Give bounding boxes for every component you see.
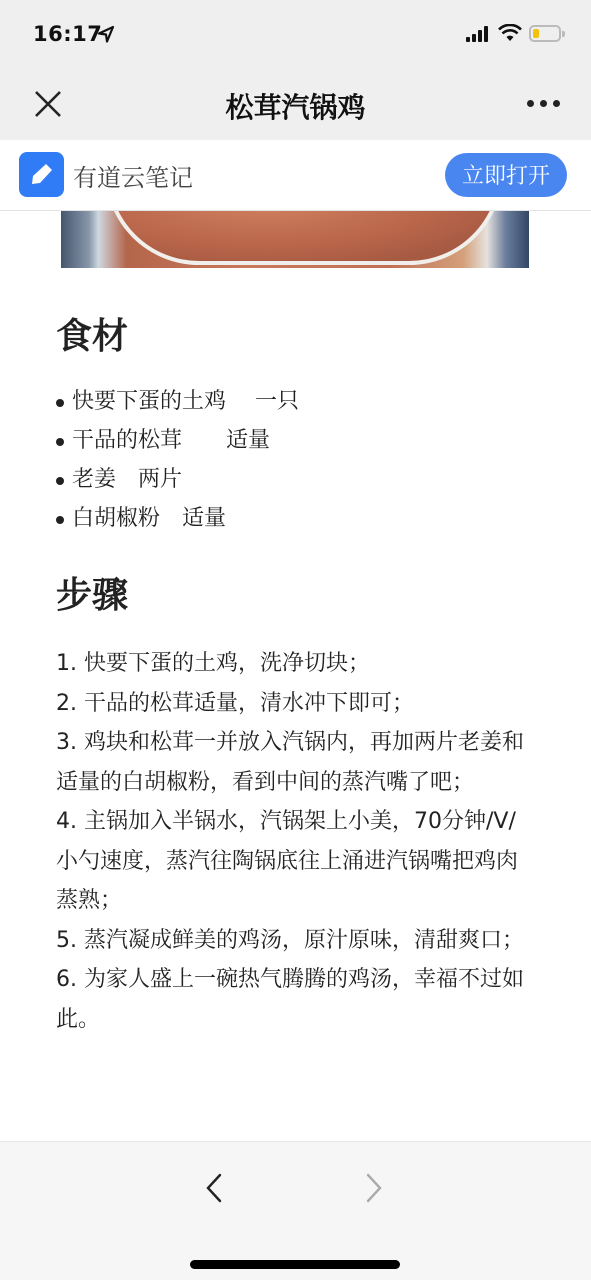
step-item: 4. 主锅加入半锅水，汽锅架上小美，70分钟/V/小勺速度，蒸汽往陶锅底往上涌进…	[56, 802, 526, 921]
recipe-photo	[61, 211, 529, 268]
chevron-right-icon[interactable]	[360, 1170, 390, 1206]
step-item: 3. 鸡块和松茸一并放入汽锅内，再加两片老姜和适量的白胡椒粉，看到中间的蒸汽嘴了…	[56, 723, 526, 802]
battery-icon	[529, 25, 561, 42]
app-banner: 有道云笔记 立即打开	[0, 140, 591, 211]
home-indicator[interactable]	[190, 1260, 400, 1269]
steps-heading: 步骤	[56, 567, 128, 618]
ingredients-list: 快要下蛋的土鸡 一只 干品的松茸 适量 老姜 两片 白胡椒粉 适量	[56, 386, 299, 542]
open-app-button[interactable]: 立即打开	[445, 153, 567, 197]
step-item: 1. 快要下蛋的土鸡，洗净切块；	[56, 644, 526, 684]
pencil-icon	[19, 152, 64, 197]
status-bar: 16:17	[0, 0, 591, 70]
location-arrow-icon	[96, 24, 116, 44]
step-item: 6. 为家人盛上一碗热气腾腾的鸡汤，幸福不过如此。	[56, 960, 526, 1039]
ingredients-heading: 食材	[56, 308, 128, 359]
list-item: 老姜 两片	[56, 464, 299, 503]
chevron-left-icon[interactable]	[200, 1170, 230, 1206]
clock: 16:17	[33, 22, 102, 46]
page-title: 松茸汽锅鸡	[0, 86, 591, 126]
step-item: 2. 干品的松茸适量，清水冲下即可；	[56, 684, 526, 724]
app-logo[interactable]	[19, 152, 64, 197]
wifi-icon	[498, 24, 522, 42]
steps-list: 1. 快要下蛋的土鸡，洗净切块； 2. 干品的松茸适量，清水冲下即可； 3. 鸡…	[56, 644, 526, 1039]
list-item: 快要下蛋的土鸡 一只	[56, 386, 299, 425]
cellular-signal-icon	[466, 26, 492, 42]
step-item: 5. 蒸汽凝成鲜美的鸡汤，原汁原味，清甜爽口；	[56, 921, 526, 961]
app-name: 有道云笔记	[73, 158, 193, 193]
nav-bar: 松茸汽锅鸡	[0, 70, 591, 140]
browser-toolbar	[0, 1141, 591, 1280]
list-item: 白胡椒粉 适量	[56, 503, 299, 542]
more-icon[interactable]	[527, 100, 560, 107]
list-item: 干品的松茸 适量	[56, 425, 299, 464]
